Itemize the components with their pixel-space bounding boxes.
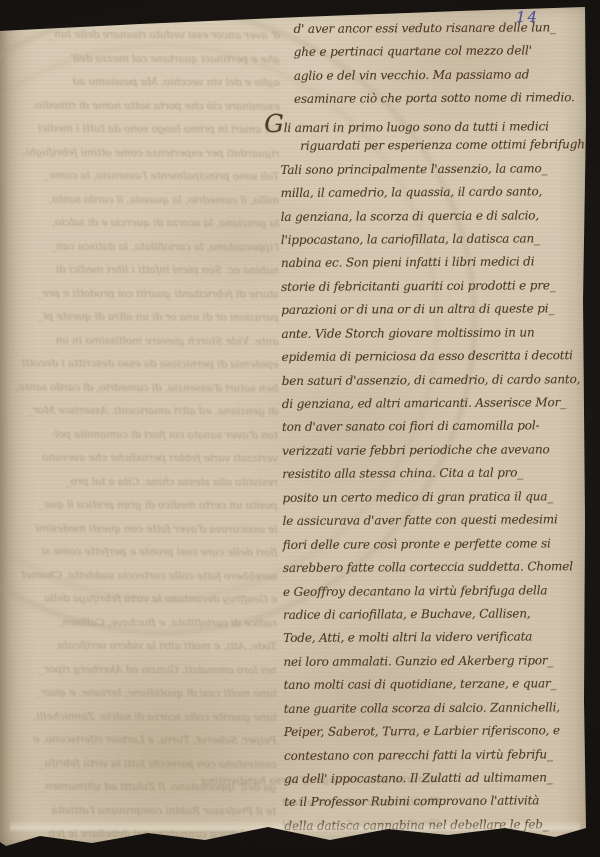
manuscript-line: verizzati varie febbri periodiche che av… xyxy=(6,446,278,471)
manuscript-line: verizzati varie febbri periodiche che av… xyxy=(282,438,590,463)
manuscript-line: Tali sono principalmente l'assenzio, la … xyxy=(280,157,588,182)
manuscript-line: contestano con parecchi fatti la virtù f… xyxy=(284,743,592,768)
manuscript-line: l'ippocastano, la cariofillata, la datis… xyxy=(7,235,279,260)
manuscript-line: la genziana, la scorza di quercia e di s… xyxy=(281,204,589,229)
manuscript-line: storie di febricitanti guariti coi prodo… xyxy=(281,274,589,299)
verso-bleedthrough-text: d' aver ancor essi veduto risanare delle… xyxy=(4,23,280,847)
manuscript-line: sarebbero fatte colla corteccia suddetta… xyxy=(5,564,277,589)
manuscript-line: parazioni or di una or di un altra di qu… xyxy=(7,305,279,330)
manuscript-line: radice di cariofillata, e Buchave, Calli… xyxy=(283,602,591,627)
manuscript-line: nabina ec. Son pieni infatti i libri med… xyxy=(281,250,589,275)
manuscript-line: tane guarite colla scorza di salcio. Zan… xyxy=(4,705,276,730)
manuscript-line: la genziana, la scorza di quercia e di s… xyxy=(7,211,279,236)
manuscript-line: epidemia di perniciosa da esso descritta… xyxy=(6,352,278,377)
manuscript-line: d' aver ancor essi veduto risanare delle… xyxy=(293,16,587,41)
manuscript-line: parazioni or di una or di un altra di qu… xyxy=(281,297,589,322)
manuscript-line: fiori delle cure così pronte e perfette … xyxy=(283,532,591,557)
manuscript-line: milla, il camedrio, la quassia, il cardo… xyxy=(7,188,279,213)
manuscript-line: ghe e pertinaci quartane col mezzo dell' xyxy=(8,47,280,72)
manuscript-line: resistito alla stessa china. Cita a tal … xyxy=(282,461,590,486)
manuscript-line: storie di febricitanti guariti coi prodo… xyxy=(7,282,279,307)
manuscript-line: e Geoffroy decantano la virtù febrifuga … xyxy=(283,579,591,604)
manuscript-line: nabina ec. Son pieni infatti i libri med… xyxy=(7,258,279,283)
manuscript-line: Peiper, Saberot, Turra, e Larbier riferi… xyxy=(284,719,592,744)
manuscript-line: Tode, Atti, e molti altri la videro veri… xyxy=(283,625,591,650)
manuscript-line: sarebbero fatte colla corteccia suddetta… xyxy=(283,555,591,580)
manuscript-line: le assicurava d'aver fatte con questi me… xyxy=(283,508,591,533)
manuscript-line: tano molti casi di quotidiane, terzane, … xyxy=(284,672,592,697)
manuscript-line: e Geoffroy decantano la virtù febrifuga … xyxy=(5,587,277,612)
manuscript-line: l'ippocastano, la cariofillata, la datis… xyxy=(281,227,589,252)
manuscript-line: esaminare ciò che porta sotto nome di ri… xyxy=(294,86,588,111)
manuscript-line: aglio e del vin vecchio. Ma passiamo ad xyxy=(294,63,588,88)
manuscript-page: d' aver ancor essi veduto risanare delle… xyxy=(0,0,600,857)
manuscript-line: fiori delle cure così pronte e perfette … xyxy=(5,540,277,565)
manuscript-line: te il Professor Rubini comprovano l'atti… xyxy=(284,789,592,814)
manuscript-line: ben saturi d'assenzio, di camedrio, di c… xyxy=(282,368,590,393)
manuscript-line: posito un certo medico di gran pratica i… xyxy=(6,493,278,518)
manuscript-line: ante. Vide Storch giovare moltissimo in … xyxy=(6,329,278,354)
manuscript-line: le assicurava d'aver fatte con questi me… xyxy=(5,517,277,542)
manuscript-line: ghe e pertinaci quartane col mezzo dell' xyxy=(294,40,588,65)
manuscript-line: tane guarite colla scorza di salcio. Zan… xyxy=(284,696,592,721)
manuscript-line: d' aver ancor essi veduto risanare delle… xyxy=(8,23,280,48)
manuscript-line: esaminare ciò che porta sotto nome di ri… xyxy=(8,94,280,119)
manuscript-line: ga dell' ippocastano. Il Zulatti ad ulti… xyxy=(284,766,592,791)
manuscript-line: Gli amari in primo luogo sono da tutti i… xyxy=(280,110,588,135)
manuscript-line: epidemia di perniciosa da esso descritta… xyxy=(282,344,590,369)
manuscript-line: tano molti casi di quotidiane, terzane, … xyxy=(5,681,277,706)
manuscript-line: Gli amari in primo luogo sono da tutti i… xyxy=(8,117,280,142)
manuscript-line: ton d'aver sanato coi fiori di camomilla… xyxy=(6,423,278,448)
manuscript-line: di genziana, ed altri amaricanti. Asseri… xyxy=(282,391,590,416)
manuscript-line: riguardati per esperienza come ottimi fe… xyxy=(300,133,588,158)
manuscript-line: di genziana, ed altri amaricanti. Asseri… xyxy=(6,399,278,424)
manuscript-line: ton d'aver sanato coi fiori di camomilla… xyxy=(282,414,590,439)
manuscript-line: milla, il camedrio, la quassia, il cardo… xyxy=(280,180,588,205)
manuscript-line: resistito alla stessa china. Cita a tal … xyxy=(6,470,278,495)
paper-bottom-edge-highlight xyxy=(10,820,580,830)
manuscript-line: radice di cariofillata, e Buchave, Calli… xyxy=(5,611,277,636)
manuscript-line: riguardati per esperienza come ottimi fe… xyxy=(7,141,279,166)
manuscript-line: Peiper, Saberot, Turra, e Larbier riferi… xyxy=(4,728,276,753)
manuscript-line: Tode, Atti, e molti altri la videro veri… xyxy=(5,634,277,659)
manuscript-line: ben saturi d'assenzio, di camedrio, di c… xyxy=(6,376,278,401)
manuscript-line: ante. Vide Storch giovare moltissimo in … xyxy=(281,321,589,346)
manuscript-line: nei loro ammalati. Gunzio ed Akerberg ri… xyxy=(283,649,591,674)
scanner-background: d' aver ancor essi veduto risanare delle… xyxy=(0,0,600,857)
manuscript-line: aglio e del vin vecchio. Ma passiamo ad xyxy=(8,70,280,95)
manuscript-line: Tali sono principalmente l'assenzio, la … xyxy=(7,164,279,189)
manuscript-text-block: d' aver ancor essi veduto risanare delle… xyxy=(279,16,592,838)
manuscript-line: nei loro ammalati. Gunzio ed Akerberg ri… xyxy=(5,658,277,683)
manuscript-line: posito un certo medico di gran pratica i… xyxy=(282,485,590,510)
